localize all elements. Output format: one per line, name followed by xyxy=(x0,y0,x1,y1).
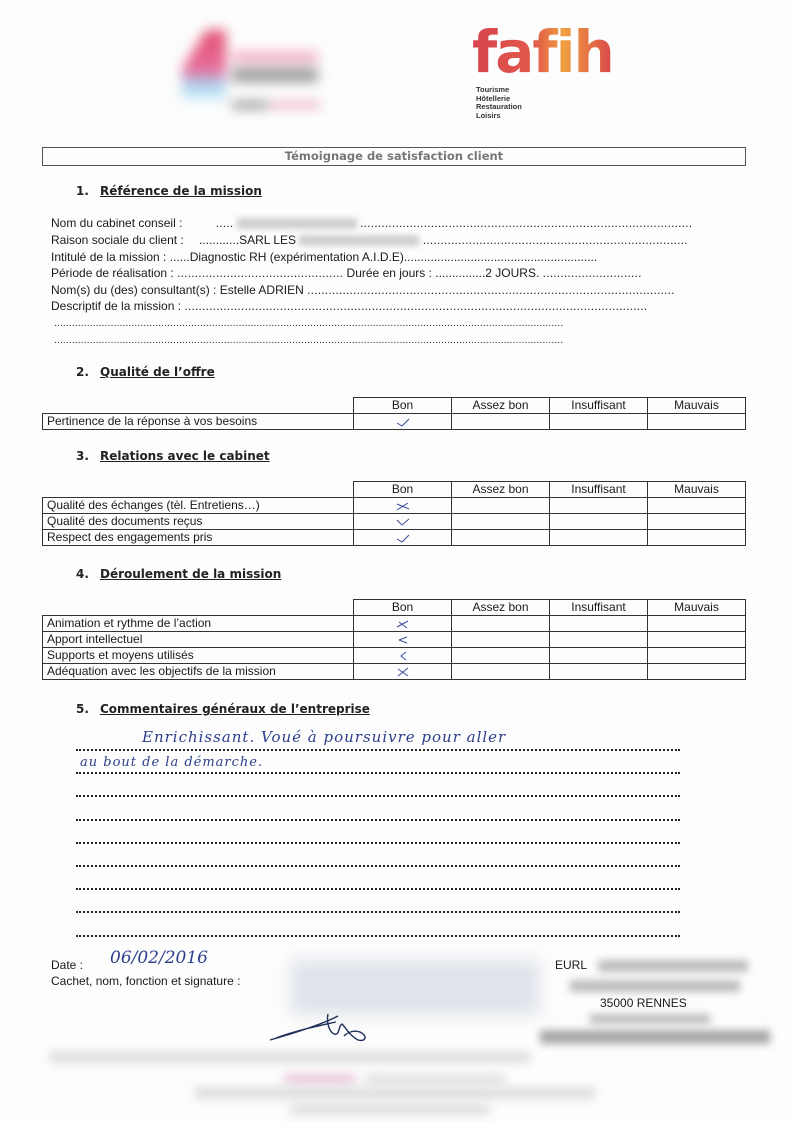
handwritten-comment-line-1: Enrichissant. Voué à poursuivre pour all… xyxy=(142,728,506,746)
rating-cell-insuffisant[interactable] xyxy=(550,514,648,530)
col-mauvais: Mauvais xyxy=(648,600,746,616)
check-mark-icon xyxy=(396,517,410,527)
rating-cell-assez-bon[interactable] xyxy=(452,648,550,664)
rating-table-offer: Bon Assez bon Insuffisant Mauvais Pertin… xyxy=(42,397,746,430)
rating-cell-assez-bon[interactable] xyxy=(452,498,550,514)
cross-mark-icon xyxy=(396,619,410,629)
rating-cell-assez-bon[interactable] xyxy=(452,414,550,430)
comment-line[interactable] xyxy=(76,887,680,890)
rating-cell-bon[interactable] xyxy=(354,648,452,664)
rating-cell-bon[interactable] xyxy=(354,530,452,546)
col-insuffisant: Insuffisant xyxy=(550,482,648,498)
row-label: Adéquation avec les objectifs de la miss… xyxy=(43,664,354,680)
rating-cell-insuffisant[interactable] xyxy=(550,632,648,648)
section-2-heading: 2.Qualité de l’offre xyxy=(76,365,215,379)
document-title: Témoignage de satisfaction client xyxy=(42,147,746,166)
company-stamp: EURL xyxy=(555,958,587,972)
fafih-logo: fafih Tourisme Hôtellerie Restauration L… xyxy=(472,22,612,122)
rating-cell-bon[interactable] xyxy=(354,514,452,530)
rating-cell-insuffisant[interactable] xyxy=(550,616,648,632)
field-period: Période de réalisation : ...............… xyxy=(51,266,642,281)
field-description: Descriptif de la mission : .............… xyxy=(51,299,647,314)
stamp-city: 35000 RENNES xyxy=(600,996,687,1010)
rating-cell-mauvais[interactable] xyxy=(648,530,746,546)
rating-cell-insuffisant[interactable] xyxy=(550,648,648,664)
description-line-3: ........................................… xyxy=(54,333,563,348)
cross-mark-icon xyxy=(396,501,410,511)
rating-cell-mauvais[interactable] xyxy=(648,498,746,514)
col-bon: Bon xyxy=(354,398,452,414)
rating-cell-assez-bon[interactable] xyxy=(452,616,550,632)
col-bon: Bon xyxy=(354,600,452,616)
rating-cell-assez-bon[interactable] xyxy=(452,632,550,648)
col-assez-bon: Assez bon xyxy=(452,600,550,616)
rating-cell-insuffisant[interactable] xyxy=(550,414,648,430)
rating-table-relations: Bon Assez bon Insuffisant Mauvais Qualit… xyxy=(42,481,746,546)
signature-icon xyxy=(268,1010,378,1045)
rating-cell-assez-bon[interactable] xyxy=(452,664,550,680)
field-consultant: Nom(s) du (des) consultant(s) : Estelle … xyxy=(51,283,675,298)
section-4-heading: 4.Déroulement de la mission xyxy=(76,567,281,581)
rating-cell-bon[interactable] xyxy=(354,632,452,648)
table-row: Adéquation avec les objectifs de la miss… xyxy=(43,664,746,680)
cross-mark-icon xyxy=(396,635,410,645)
col-insuffisant: Insuffisant xyxy=(550,600,648,616)
rating-cell-bon[interactable] xyxy=(354,414,452,430)
consulting-logo-redacted xyxy=(170,22,330,122)
comment-line[interactable] xyxy=(76,934,680,937)
date-value[interactable]: 06/02/2016 xyxy=(110,948,208,968)
section-1-heading: 1.Référence de la mission xyxy=(76,184,262,198)
rating-cell-assez-bon[interactable] xyxy=(452,530,550,546)
row-label: Supports et moyens utilisés xyxy=(43,648,354,664)
rating-cell-mauvais[interactable] xyxy=(648,632,746,648)
row-label: Animation et rythme de l’action xyxy=(43,616,354,632)
col-bon: Bon xyxy=(354,482,452,498)
table-row: Respect des engagements pris xyxy=(43,530,746,546)
rating-cell-bon[interactable] xyxy=(354,498,452,514)
comment-line[interactable] xyxy=(76,841,680,844)
comment-line[interactable] xyxy=(76,818,680,821)
comment-line[interactable] xyxy=(76,864,680,867)
row-label: Pertinence de la réponse à vos besoins xyxy=(43,414,354,430)
col-assez-bon: Assez bon xyxy=(452,398,550,414)
redacted-client-name xyxy=(299,235,419,246)
signature-label: Cachet, nom, fonction et signature : xyxy=(51,974,240,988)
cross-mark-icon xyxy=(396,667,410,677)
redacted-cabinet-name xyxy=(237,218,357,229)
fafih-subtitle: Tourisme Hôtellerie Restauration Loisirs xyxy=(476,86,522,120)
section-5-heading: 5.Commentaires généraux de l’entreprise xyxy=(76,702,370,716)
description-line-2: ........................................… xyxy=(54,316,563,331)
row-label: Apport intellectuel xyxy=(43,632,354,648)
rating-cell-mauvais[interactable] xyxy=(648,616,746,632)
rating-cell-insuffisant[interactable] xyxy=(550,664,648,680)
table-row: Qualité des documents reçus xyxy=(43,514,746,530)
row-label: Respect des engagements pris xyxy=(43,530,354,546)
rating-cell-mauvais[interactable] xyxy=(648,648,746,664)
row-label: Qualité des documents reçus xyxy=(43,514,354,530)
redacted-signature xyxy=(290,960,540,1015)
rating-table-progress: Bon Assez bon Insuffisant Mauvais Animat… xyxy=(42,599,746,680)
table-row: Qualité des échanges (tèl. Entretiens…) xyxy=(43,498,746,514)
date-label: Date : xyxy=(51,958,83,972)
table-row: Apport intellectuel xyxy=(43,632,746,648)
rating-cell-mauvais[interactable] xyxy=(648,664,746,680)
comment-line[interactable] xyxy=(76,794,680,797)
col-insuffisant: Insuffisant xyxy=(550,398,648,414)
rating-cell-bon[interactable] xyxy=(354,616,452,632)
field-client: Raison sociale du client : ............S… xyxy=(51,233,688,248)
check-mark-icon xyxy=(396,533,410,543)
comment-line[interactable] xyxy=(76,771,680,774)
fafih-wordmark: fafih xyxy=(472,22,613,82)
rating-cell-mauvais[interactable] xyxy=(648,514,746,530)
check-mark-icon xyxy=(396,651,410,661)
field-mission-title: Intitulé de la mission : ......Diagnosti… xyxy=(51,250,597,265)
col-mauvais: Mauvais xyxy=(648,398,746,414)
table-row: Animation et rythme de l’action xyxy=(43,616,746,632)
comment-line[interactable] xyxy=(76,910,680,913)
table-row: Supports et moyens utilisés xyxy=(43,648,746,664)
comment-line[interactable] xyxy=(76,748,680,751)
section-3-heading: 3.Relations avec le cabinet xyxy=(76,449,270,463)
field-cabinet: Nom du cabinet conseil : ..... .........… xyxy=(51,216,692,231)
col-mauvais: Mauvais xyxy=(648,482,746,498)
rating-cell-mauvais[interactable] xyxy=(648,414,746,430)
rating-cell-insuffisant[interactable] xyxy=(550,498,648,514)
rating-cell-assez-bon[interactable] xyxy=(452,514,550,530)
row-label: Qualité des échanges (tèl. Entretiens…) xyxy=(43,498,354,514)
rating-cell-insuffisant[interactable] xyxy=(550,530,648,546)
handwritten-comment-line-2: au bout de la démarche. xyxy=(80,755,263,770)
check-mark-icon xyxy=(396,417,410,427)
table-row: Pertinence de la réponse à vos besoins xyxy=(43,414,746,430)
rating-cell-bon[interactable] xyxy=(354,664,452,680)
col-assez-bon: Assez bon xyxy=(452,482,550,498)
